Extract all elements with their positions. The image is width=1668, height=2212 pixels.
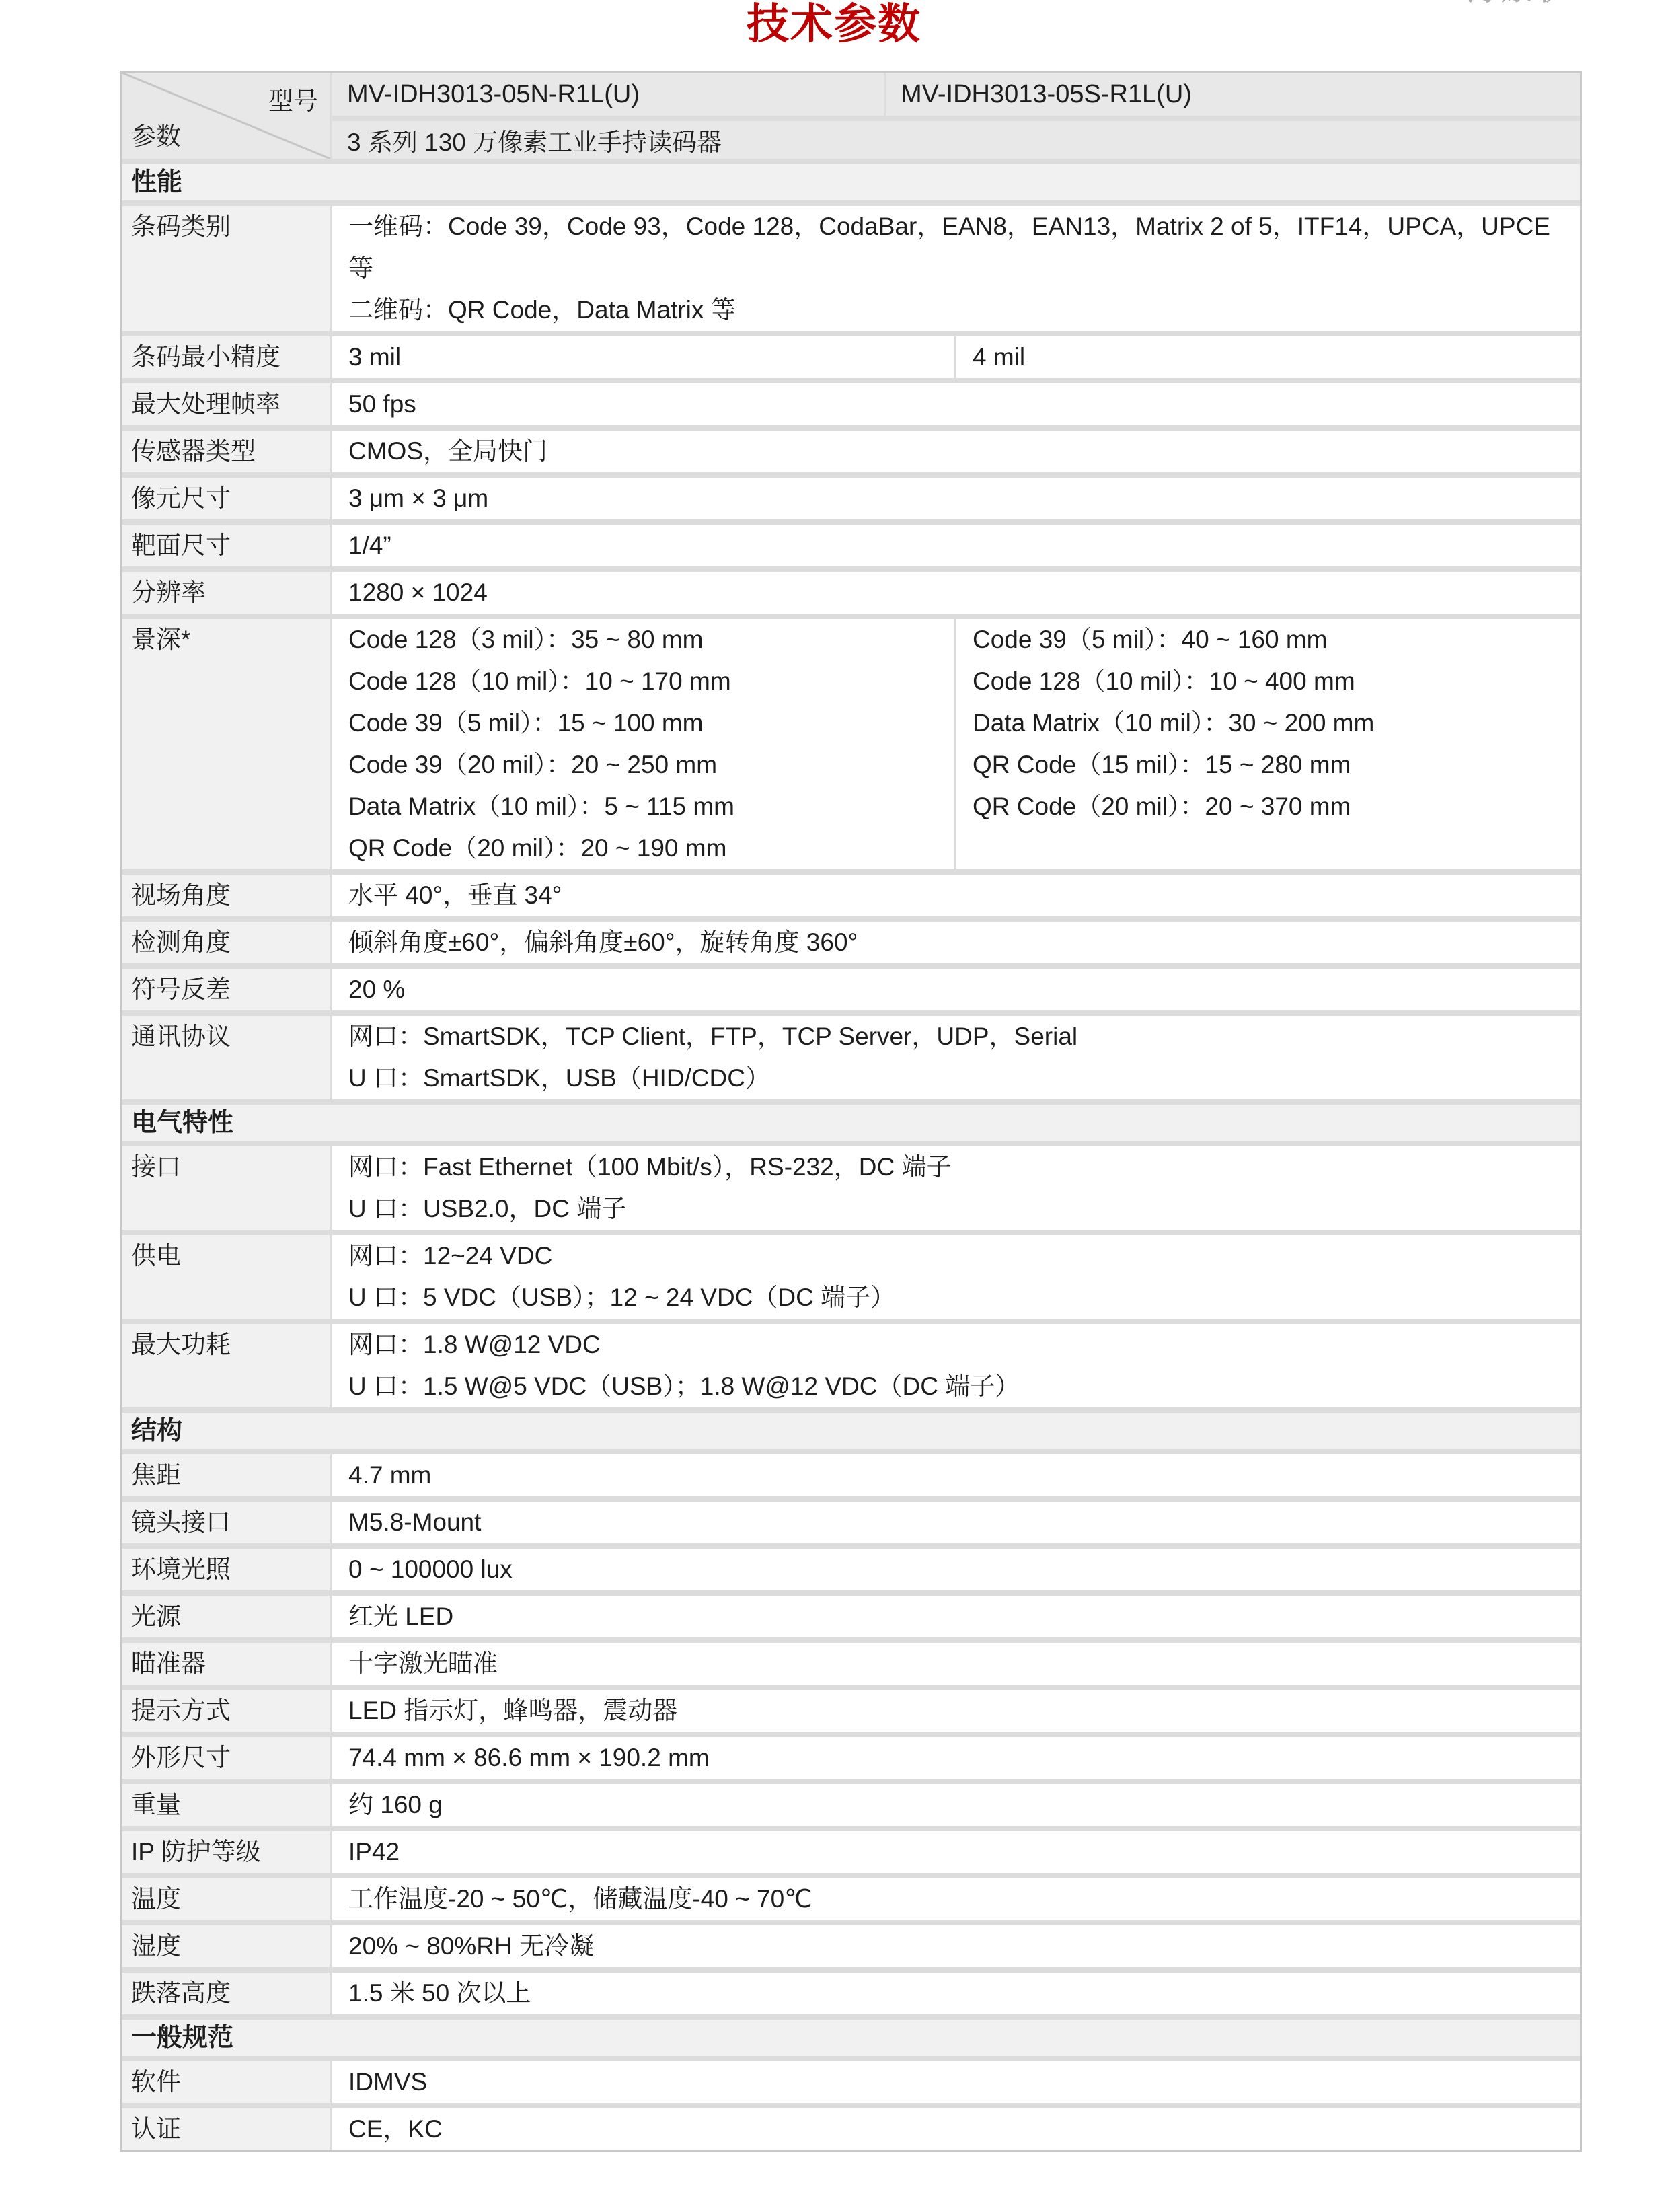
spec-label: 镜头接口 [122, 1502, 330, 1543]
spec-value-line: 0 ~ 100000 lux [348, 1549, 1569, 1590]
spec-value: 一维码：Code 39，Code 93，Code 128，CodaBar，EAN… [332, 206, 1580, 331]
spec-row: 瞄准器十字激光瞄准 [122, 1643, 1580, 1685]
spec-value-line: 网口：Fast Ethernet（100 Mbit/s），RS-232，DC 端… [348, 1146, 1569, 1188]
spec-value-line: 二维码：QR Code，Data Matrix 等 [348, 289, 1569, 331]
spec-label: 视场角度 [122, 875, 330, 916]
spec-value-line: 网口：SmartSDK，TCP Client，FTP，TCP Server，UD… [348, 1016, 1569, 1058]
spec-label: 传感器类型 [122, 431, 330, 472]
spec-label: 提示方式 [122, 1690, 330, 1732]
spec-value-line: 1/4” [348, 525, 1569, 566]
spec-value: 1.5 米 50 次以上 [332, 1973, 1580, 2014]
spec-label: 通讯协议 [122, 1016, 330, 1099]
spec-value: 1/4” [332, 525, 1580, 566]
spec-label: 接口 [122, 1146, 330, 1230]
spec-row: 景深*Code 128（3 mil）：35 ~ 80 mmCode 128（10… [122, 619, 1580, 869]
spec-label: 像元尺寸 [122, 478, 330, 519]
section-header: 结构 [122, 1413, 1580, 1449]
spec-value: 工作温度-20 ~ 50℃，储藏温度-40 ~ 70℃ [332, 1878, 1580, 1920]
spec-row: 靶面尺寸1/4” [122, 525, 1580, 566]
spec-value-line: 20% ~ 80%RH 无冷凝 [348, 1925, 1569, 1967]
spec-row: 外形尺寸74.4 mm × 86.6 mm × 190.2 mm [122, 1737, 1580, 1779]
section-header: 性能 [122, 164, 1580, 200]
spec-label: 分辨率 [122, 572, 330, 614]
spec-row: 像元尺寸3 μm × 3 μm [122, 478, 1580, 519]
spec-row: 湿度20% ~ 80%RH 无冷凝 [122, 1925, 1580, 1967]
spec-value-right: Code 39（5 mil）：40 ~ 160 mmCode 128（10 mi… [956, 619, 1580, 869]
spec-value-line: 4 mil [973, 336, 1569, 378]
spec-value: 红光 LED [332, 1596, 1580, 1637]
spec-value-line: U 口：SmartSDK，USB（HID/CDC） [348, 1058, 1569, 1099]
spec-value-line: Code 128（10 mil）：10 ~ 400 mm [973, 661, 1569, 702]
corner-label-parameter: 参数 [131, 116, 181, 152]
spec-row: IP 防护等级IP42 [122, 1831, 1580, 1873]
spec-value-left: 3 mil [332, 336, 954, 378]
spec-value: 网口：12~24 VDCU 口：5 VDC（USB）；12 ~ 24 VDC（D… [332, 1235, 1580, 1319]
spec-value-line: Data Matrix（10 mil）：5 ~ 115 mm [348, 786, 944, 827]
corner-cell: 型号 参数 [122, 73, 330, 159]
spec-value: 3 μm × 3 μm [332, 478, 1580, 519]
spec-row: 接口网口：Fast Ethernet（100 Mbit/s），RS-232，DC… [122, 1146, 1580, 1230]
spec-value-line: IP42 [348, 1831, 1569, 1873]
spec-row: 焦距4.7 mm [122, 1454, 1580, 1496]
spec-label: 焦距 [122, 1454, 330, 1496]
series-name: 3 系列 130 万像素工业手持读码器 [332, 121, 1580, 159]
model-name-b: MV-IDH3013-05S-R1L(U) [886, 73, 1580, 116]
spec-row: 最大处理帧率50 fps [122, 383, 1580, 425]
spec-row: 通讯协议网口：SmartSDK，TCP Client，FTP，TCP Serve… [122, 1016, 1580, 1099]
spec-value: 水平 40°，垂直 34° [332, 875, 1580, 916]
spec-value: IDMVS [332, 2061, 1580, 2103]
spec-row: 重量约 160 g [122, 1784, 1580, 1826]
section-header: 电气特性 [122, 1105, 1580, 1141]
spec-value: LED 指示灯，蜂鸣器，震动器 [332, 1690, 1580, 1732]
spec-value-line: 20 % [348, 969, 1569, 1010]
spec-value-line: Data Matrix（10 mil）：30 ~ 200 mm [973, 702, 1569, 744]
spec-value-line: Code 39（5 mil）：15 ~ 100 mm [348, 702, 944, 744]
spec-value-line: 3 mil [348, 336, 944, 378]
spec-table-header: 型号 参数 MV-IDH3013-05N-R1L(U) MV-IDH3013-0… [122, 73, 1580, 159]
spec-label: 供电 [122, 1235, 330, 1319]
spec-label: 条码类别 [122, 206, 330, 331]
spec-value: 网口：SmartSDK，TCP Client，FTP，TCP Server，UD… [332, 1016, 1580, 1099]
page-title: 技术参数 [0, 0, 1668, 48]
spec-value-line: 约 160 g [348, 1784, 1569, 1826]
spec-row: 镜头接口M5.8-Mount [122, 1502, 1580, 1543]
spec-row: 条码最小精度3 mil4 mil [122, 336, 1580, 378]
spec-value: IP42 [332, 1831, 1580, 1873]
corner-label-model: 型号 [268, 81, 318, 117]
spec-value: 50 fps [332, 383, 1580, 425]
spec-row: 传感器类型CMOS，全局快门 [122, 431, 1580, 472]
spec-value-line: QR Code（20 mil）：20 ~ 370 mm [973, 786, 1569, 827]
spec-value: 74.4 mm × 86.6 mm × 190.2 mm [332, 1737, 1580, 1779]
spec-value-line: Code 128（10 mil）：10 ~ 170 mm [348, 661, 944, 702]
spec-value: 1280 × 1024 [332, 572, 1580, 614]
spec-value: 网口：Fast Ethernet（100 Mbit/s），RS-232，DC 端… [332, 1146, 1580, 1230]
spec-label: 认证 [122, 2108, 330, 2150]
spec-label: 最大功耗 [122, 1324, 330, 1407]
spec-value-line: CMOS，全局快门 [348, 431, 1569, 472]
spec-value: 20 % [332, 969, 1580, 1010]
spec-value-line: 3 μm × 3 μm [348, 478, 1569, 519]
spec-value: 约 160 g [332, 1784, 1580, 1826]
spec-value-line: 74.4 mm × 86.6 mm × 190.2 mm [348, 1737, 1569, 1779]
spec-label: 温度 [122, 1878, 330, 1920]
spec-value-line: 网口：12~24 VDC [348, 1235, 1569, 1277]
spec-value: M5.8-Mount [332, 1502, 1580, 1543]
spec-value: CMOS，全局快门 [332, 431, 1580, 472]
spec-value-line: 1.5 米 50 次以上 [348, 1973, 1569, 2014]
spec-value-line: Code 39（5 mil）：40 ~ 160 mm [973, 619, 1569, 661]
spec-value: 倾斜角度±60°，偏斜角度±60°，旋转角度 360° [332, 922, 1580, 963]
spec-row: 光源红光 LED [122, 1596, 1580, 1637]
spec-value: 4.7 mm [332, 1454, 1580, 1496]
spec-sheet-page: { "page": { "title": "技术参数", "accent_red… [0, 0, 1668, 2212]
spec-value-line: 网口：1.8 W@12 VDC [348, 1324, 1569, 1366]
spec-label: 光源 [122, 1596, 330, 1637]
spec-value-line: U 口：5 VDC（USB）；12 ~ 24 VDC（DC 端子） [348, 1277, 1569, 1319]
spec-value-line: 一维码：Code 39，Code 93，Code 128，CodaBar，EAN… [348, 206, 1569, 289]
spec-label: 外形尺寸 [122, 1737, 330, 1779]
spec-row: 温度工作温度-20 ~ 50℃，储藏温度-40 ~ 70℃ [122, 1878, 1580, 1920]
spec-value-line: LED 指示灯，蜂鸣器，震动器 [348, 1690, 1569, 1732]
spec-row: 最大功耗网口：1.8 W@12 VDCU 口：1.5 W@5 VDC（USB）；… [122, 1324, 1580, 1407]
spec-row: 视场角度水平 40°，垂直 34° [122, 875, 1580, 916]
brand-logo-text: HIKROBOT 海康机器人 [1264, 0, 1554, 4]
spec-label: 检测角度 [122, 922, 330, 963]
spec-value-line: 50 fps [348, 383, 1569, 425]
spec-row: 认证CE，KC [122, 2108, 1580, 2150]
spec-label: 软件 [122, 2061, 330, 2103]
spec-value-line: 倾斜角度±60°，偏斜角度±60°，旋转角度 360° [348, 922, 1569, 963]
spec-row: 符号反差20 % [122, 969, 1580, 1010]
spec-label: 瞄准器 [122, 1643, 330, 1685]
spec-label: 景深* [122, 619, 330, 869]
spec-row: 提示方式LED 指示灯，蜂鸣器，震动器 [122, 1690, 1580, 1732]
spec-row: 条码类别一维码：Code 39，Code 93，Code 128，CodaBar… [122, 206, 1580, 331]
spec-row: 分辨率1280 × 1024 [122, 572, 1580, 614]
spec-value-line: Code 39（20 mil）：20 ~ 250 mm [348, 744, 944, 786]
spec-row: 跌落高度1.5 米 50 次以上 [122, 1973, 1580, 2014]
section-header: 一般规范 [122, 2020, 1580, 2056]
spec-label: 靶面尺寸 [122, 525, 330, 566]
spec-label: 湿度 [122, 1925, 330, 1967]
spec-value-line: Code 128（3 mil）：35 ~ 80 mm [348, 619, 944, 661]
spec-value-line: 4.7 mm [348, 1454, 1569, 1496]
spec-row: 软件IDMVS [122, 2061, 1580, 2103]
model-name-a: MV-IDH3013-05N-R1L(U) [332, 73, 884, 116]
spec-value-line: 水平 40°，垂直 34° [348, 875, 1569, 916]
spec-label: 条码最小精度 [122, 336, 330, 378]
spec-value-line: M5.8-Mount [348, 1502, 1569, 1543]
spec-label: 符号反差 [122, 969, 330, 1010]
spec-value: CE，KC [332, 2108, 1580, 2150]
brand-logo-clipped: HIKROBOT 海康机器人 [1264, 0, 1554, 4]
spec-row: 环境光照0 ~ 100000 lux [122, 1549, 1580, 1590]
spec-value-right: 4 mil [956, 336, 1580, 378]
spec-value-line: U 口：USB2.0，DC 端子 [348, 1188, 1569, 1230]
spec-value: 网口：1.8 W@12 VDCU 口：1.5 W@5 VDC（USB）；1.8 … [332, 1324, 1580, 1407]
spec-value-left: Code 128（3 mil）：35 ~ 80 mmCode 128（10 mi… [332, 619, 954, 869]
spec-label: IP 防护等级 [122, 1831, 330, 1873]
spec-value: 十字激光瞄准 [332, 1643, 1580, 1685]
spec-value: 20% ~ 80%RH 无冷凝 [332, 1925, 1580, 1967]
spec-label: 重量 [122, 1784, 330, 1826]
spec-row: 供电网口：12~24 VDCU 口：5 VDC（USB）；12 ~ 24 VDC… [122, 1235, 1580, 1319]
spec-value-line: 红光 LED [348, 1596, 1569, 1637]
model-row: MV-IDH3013-05N-R1L(U) MV-IDH3013-05S-R1L… [332, 73, 1580, 116]
spec-value-line: 1280 × 1024 [348, 572, 1569, 614]
spec-value: 0 ~ 100000 lux [332, 1549, 1580, 1590]
brand-logo-gray: 海康机器人 [1466, 0, 1554, 4]
spec-label: 最大处理帧率 [122, 383, 330, 425]
spec-value-line: QR Code（15 mil）：15 ~ 280 mm [973, 744, 1569, 786]
spec-value-line: 工作温度-20 ~ 50℃，储藏温度-40 ~ 70℃ [348, 1878, 1569, 1920]
spec-value-line: CE，KC [348, 2108, 1569, 2150]
spec-value-line: U 口：1.5 W@5 VDC（USB）；1.8 W@12 VDC（DC 端子） [348, 1366, 1569, 1407]
spec-label: 环境光照 [122, 1549, 330, 1590]
brand-logo-red: HIKROBOT [1264, 0, 1451, 4]
spec-row: 检测角度倾斜角度±60°，偏斜角度±60°，旋转角度 360° [122, 922, 1580, 963]
spec-value-line: 十字激光瞄准 [348, 1643, 1569, 1685]
spec-value-line: IDMVS [348, 2061, 1569, 2103]
spec-value-line: QR Code（20 mil）：20 ~ 190 mm [348, 827, 944, 869]
spec-label: 跌落高度 [122, 1973, 330, 2014]
spec-table: 型号 参数 MV-IDH3013-05N-R1L(U) MV-IDH3013-0… [120, 71, 1582, 2152]
